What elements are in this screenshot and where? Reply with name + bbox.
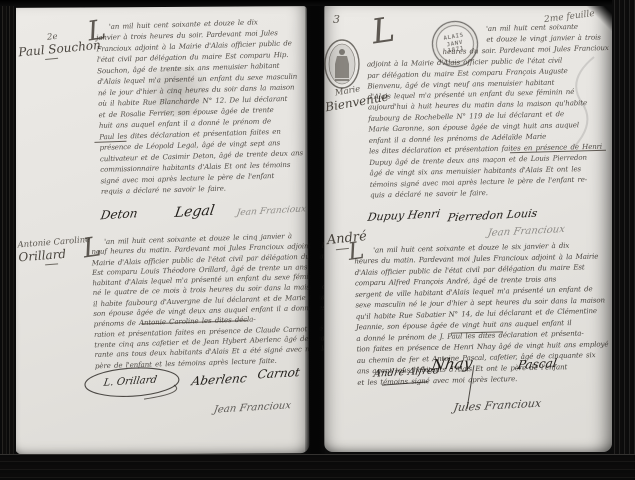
margin-note-orillard: Antonie Caroline Orillard bbox=[17, 235, 92, 267]
signature: Pascal bbox=[517, 356, 558, 372]
signature: Jules Francioux bbox=[453, 397, 543, 415]
signature: Deton bbox=[100, 206, 139, 222]
imperial-figure-stamp bbox=[323, 38, 361, 90]
act-text-block: 'an mil huit cent soixante et douze le c… bbox=[91, 231, 307, 371]
signature: Dupuy Henri bbox=[367, 207, 441, 224]
book-gutter bbox=[305, 0, 325, 456]
signature: Aberlenc bbox=[191, 371, 248, 388]
scan-edge-bottom bbox=[0, 454, 635, 480]
margin-dash bbox=[45, 58, 58, 60]
signature: Pierredon Louis bbox=[447, 207, 539, 225]
signature: Jean Francioux bbox=[213, 400, 292, 415]
left-page: 2e Paul Souchon L 'an mil huit cent soix… bbox=[12, 6, 310, 455]
signature: Carnot bbox=[257, 365, 301, 381]
signature: Jean Francioux bbox=[236, 204, 307, 218]
right-page: 3 2me feuille ALAIS JANV 1871 Marie Bien… bbox=[324, 5, 612, 452]
act-text-block: 'an mil huit cent soixanteet douze le vi… bbox=[366, 21, 610, 201]
register-scan: 2e Paul Souchon L 'an mil huit cent soix… bbox=[0, 0, 635, 480]
act-text-block: 'an mil huit cent soixante et douze le s… bbox=[354, 239, 609, 388]
act-text-block: 'an mil huit cent soixante et douze le d… bbox=[96, 15, 307, 197]
margin-dash bbox=[45, 263, 58, 265]
signature: Nhay bbox=[430, 354, 473, 374]
signature: Legal bbox=[173, 203, 215, 221]
scan-edge-right bbox=[612, 0, 635, 480]
signature: Jean Francioux bbox=[487, 224, 566, 239]
scan-edge-left bbox=[0, 0, 16, 480]
scan-edge-top bbox=[0, 0, 635, 6]
page-number: 3 bbox=[333, 13, 340, 26]
circled-signature: L. Orillard bbox=[82, 363, 186, 404]
